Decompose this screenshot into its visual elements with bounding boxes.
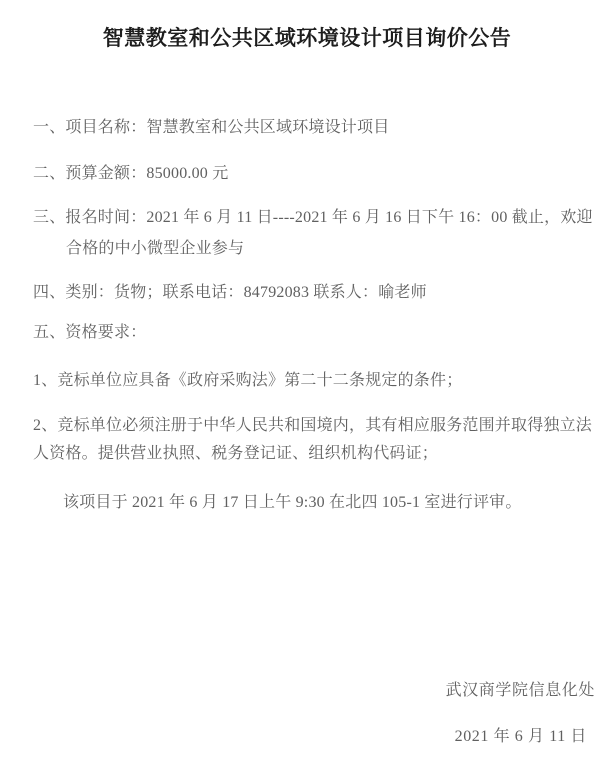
line-requirement-1: 1、竞标单位应具备《政府采购法》第二十二条规定的条件； [33,373,462,389]
line-category-contact: 四、类别：货物；联系电话：84792083 联系人：喻老师 [33,285,427,301]
line-registration-time: 三、报名时间：2021 年 6 月 11 日----2021 年 6 月 16 … [33,210,593,226]
line-qualification-heading: 五、资格要求： [33,325,146,341]
line-requirement-2: 2、竞标单位必须注册于中华人民共和国境内，其有相应服务范围并取得独立法 [33,418,592,434]
line-budget-amount: 二、预算金额：85000.00 元 [33,166,228,182]
document-title: 智慧教室和公共区域环境设计项目询价公告 [0,22,614,52]
footer-issuer: 武汉商学院信息化处 [446,683,595,699]
line-project-name: 一、项目名称：智慧教室和公共区域环境设计项目 [33,120,389,136]
line-requirement-2-continued: 人资格。提供营业执照、税务登记证、组织机构代码证； [33,446,438,462]
line-registration-time-continued: 合格的中小微型企业参与 [66,241,244,257]
footer-date: 2021 年 6 月 11 日 [455,729,587,745]
line-review-info: 该项目于 2021 年 6 月 17 日上午 9:30 在北四 105-1 室进… [63,495,522,511]
inquiry-notice-document: 智慧教室和公共区域环境设计项目询价公告 一、项目名称：智慧教室和公共区域环境设计… [0,0,614,765]
